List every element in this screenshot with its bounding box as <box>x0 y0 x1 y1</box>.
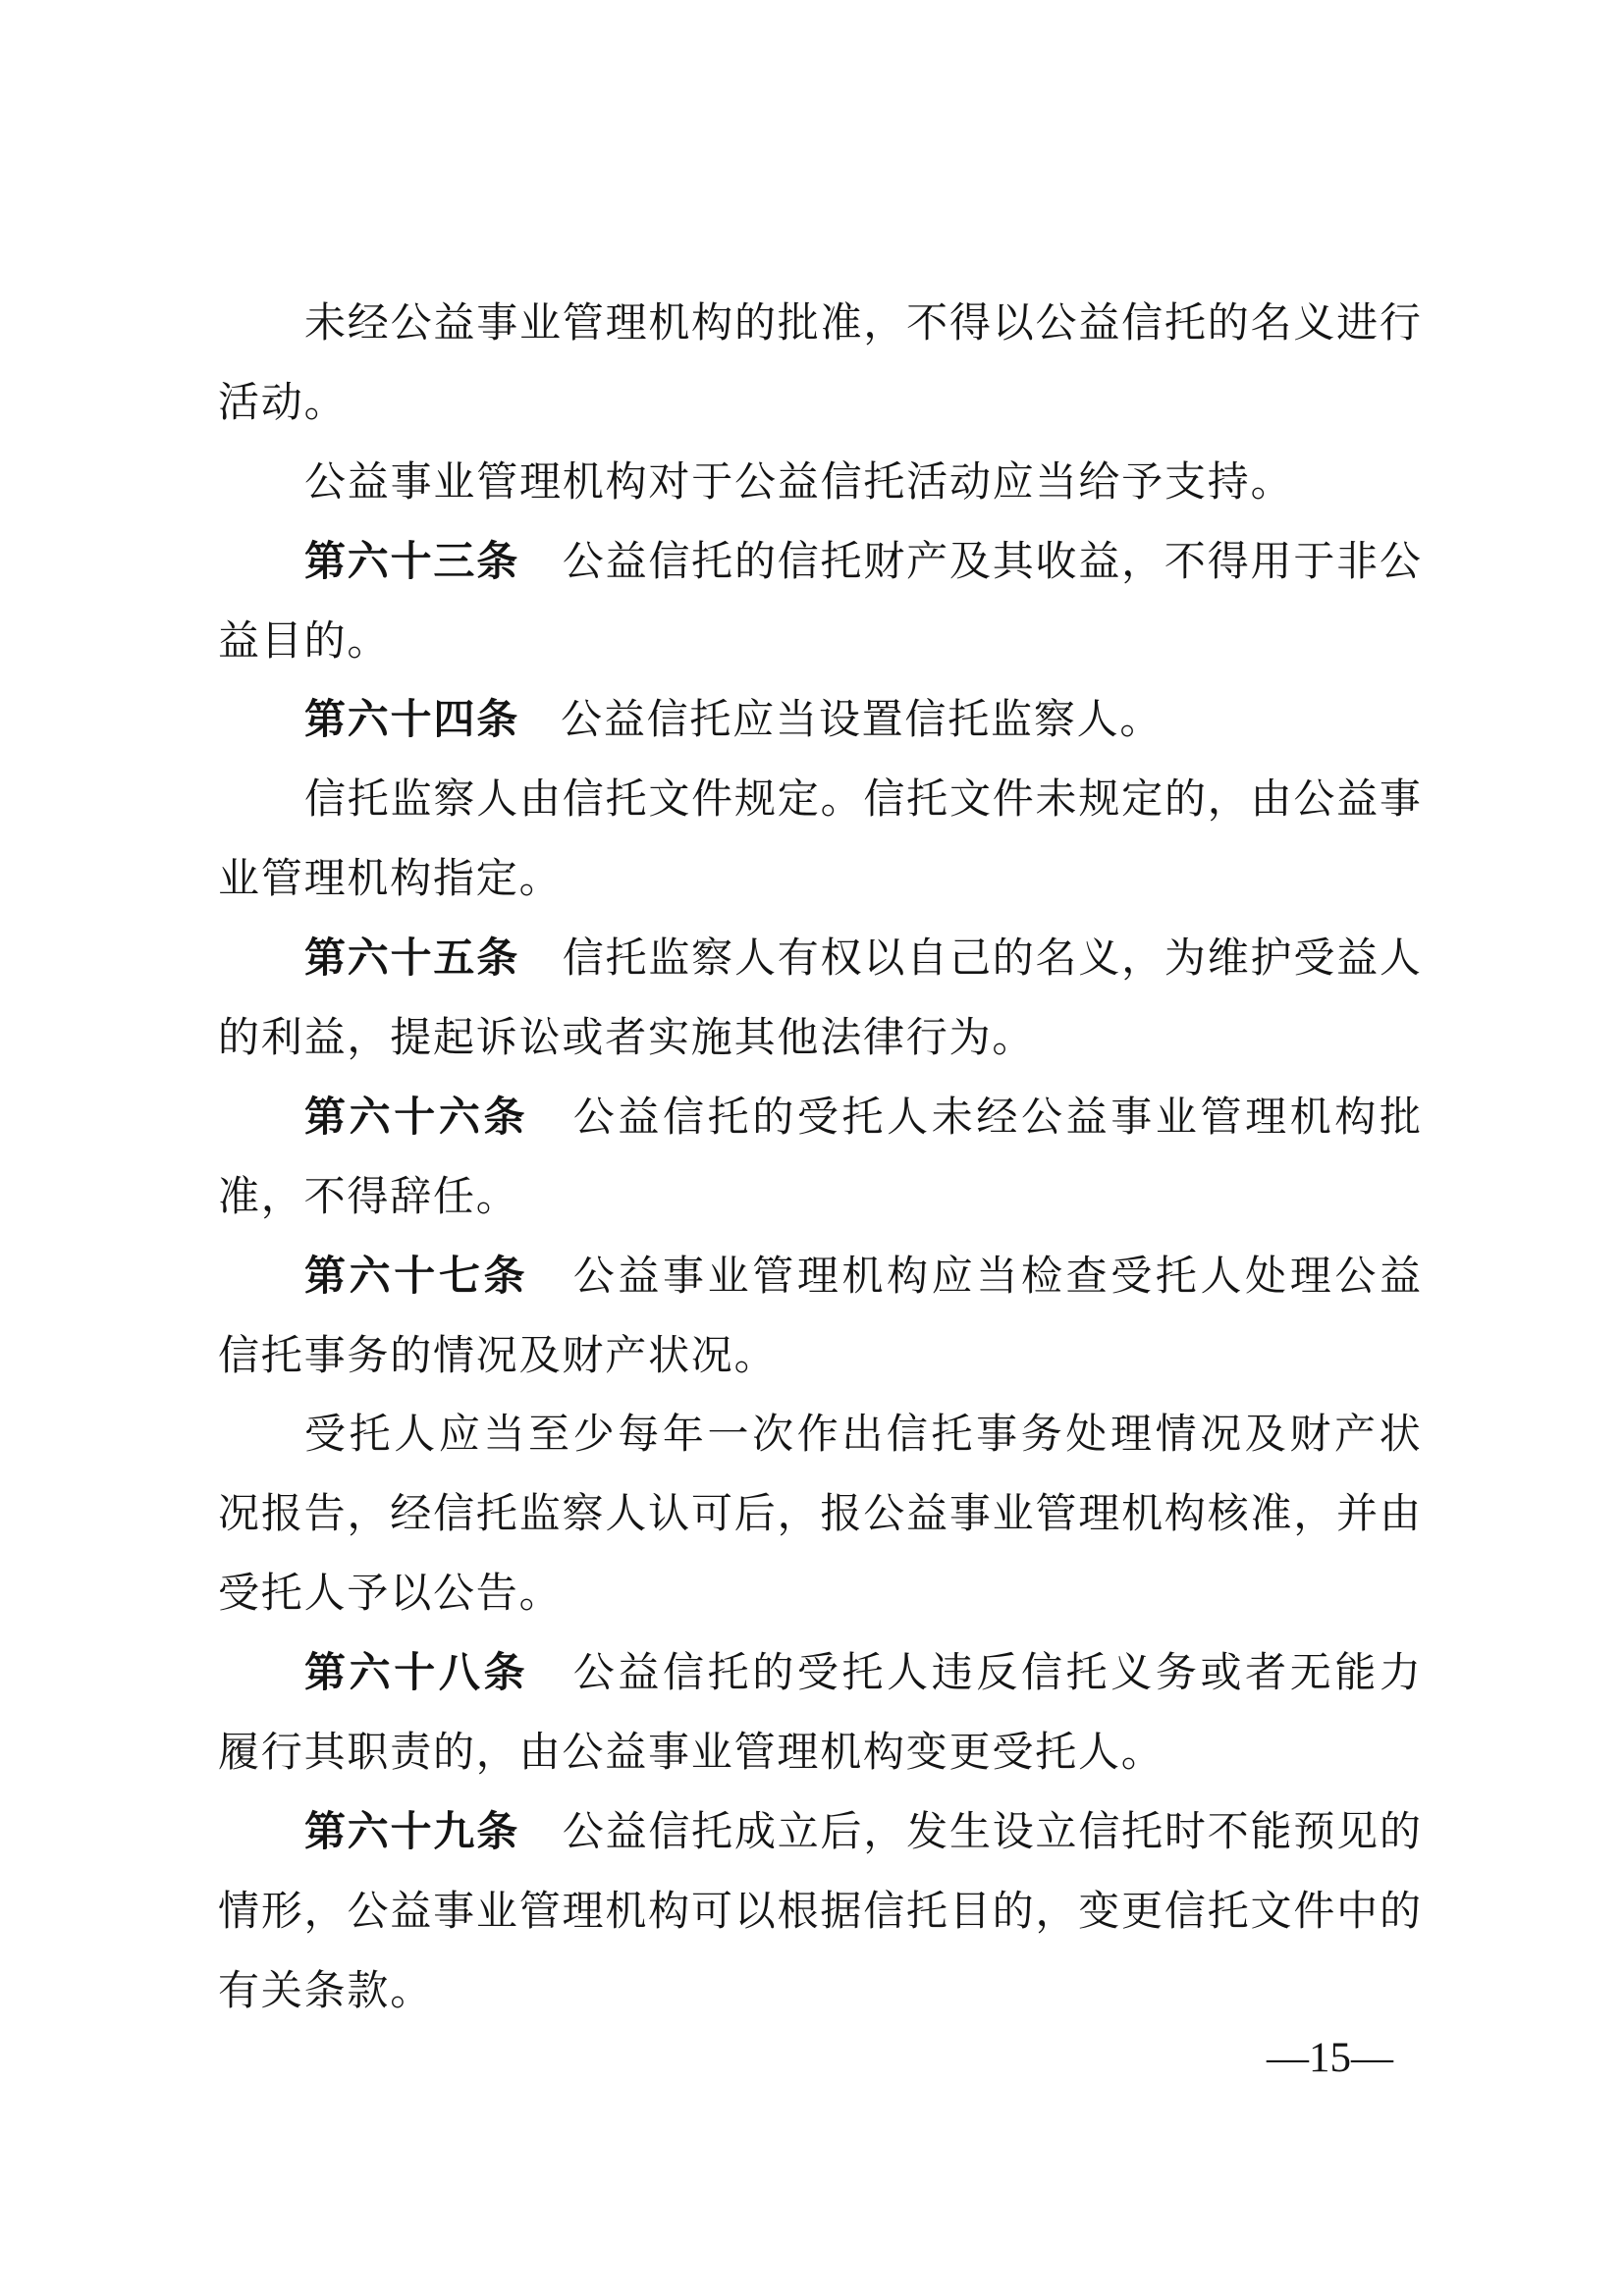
article-number-gap <box>528 1079 569 1158</box>
page-number: —15— <box>1267 2034 1393 2082</box>
text-lines: 未经公益事业管理机构的批准，不得以公益信托的名义进行活动。公益事业管理机构对于公… <box>218 285 1421 2032</box>
line-text: 业管理机构指定。 <box>218 857 562 902</box>
article-number-gap <box>519 1793 561 1873</box>
line-text: 履行其职责的，由公益事业管理机构变更受托人。 <box>218 1731 1164 1776</box>
article-number-gap <box>519 523 561 603</box>
text-line: 第六十三条公益信托的信托财产及其收益，不得用于非公 <box>218 523 1421 603</box>
text-line: 的利益，提起诉讼或者实施其他法律行为。 <box>218 999 1421 1079</box>
line-text: 准，不得辞任。 <box>218 1175 519 1220</box>
document-page: 未经公益事业管理机构的批准，不得以公益信托的名义进行活动。公益事业管理机构对于公… <box>0 0 1624 2296</box>
text-line: 况报告，经信托监察人认可后，报公益事业管理机构核准，并由 <box>218 1475 1421 1555</box>
line-text: 活动。 <box>218 381 347 426</box>
article-number-gap <box>528 1238 569 1317</box>
line-text: 信托事务的情况及财产状况。 <box>218 1334 777 1379</box>
line-text: 的利益，提起诉讼或者实施其他法律行为。 <box>218 1016 1035 1061</box>
text-line: 第六十八条公益信托的受托人违反信托义务或者无能力 <box>218 1634 1421 1714</box>
article-number-gap <box>519 920 561 999</box>
text-line: 第六十六条公益信托的受托人未经公益事业管理机构批 <box>218 1079 1421 1158</box>
text-line: 受托人予以公告。 <box>218 1555 1421 1634</box>
text-line: 信托事务的情况及财产状况。 <box>218 1317 1421 1397</box>
line-text: 公益信托应当设置信托监察人。 <box>561 698 1163 743</box>
text-line: 益目的。 <box>218 603 1421 682</box>
line-text: 受托人予以公告。 <box>218 1572 562 1617</box>
text-line: 活动。 <box>218 364 1421 444</box>
text-line: 履行其职责的，由公益事业管理机构变更受托人。 <box>218 1714 1421 1793</box>
text-line: 第六十七条公益事业管理机构应当检查受托人处理公益 <box>218 1238 1421 1317</box>
article-number: 第六十四条 <box>304 698 519 743</box>
text-line: 有关条款。 <box>218 1952 1421 2032</box>
text-line: 第六十四条公益信托应当设置信托监察人。 <box>218 681 1421 761</box>
text-line: 信托监察人由信托文件规定。信托文件未规定的，由公益事 <box>218 761 1421 840</box>
line-text: 益目的。 <box>218 619 390 665</box>
text-line: 公益事业管理机构对于公益信托活动应当给予支持。 <box>218 444 1421 523</box>
text-line: 未经公益事业管理机构的批准，不得以公益信托的名义进行 <box>218 285 1421 364</box>
text-line: 受托人应当至少每年一次作出信托事务处理情况及财产状 <box>218 1396 1421 1475</box>
article-number-gap <box>528 1634 569 1714</box>
text-line: 情形，公益事业管理机构可以根据信托目的，变更信托文件中的 <box>218 1873 1421 1952</box>
text-line: 准，不得辞任。 <box>218 1158 1421 1238</box>
text-line: 第六十九条公益信托成立后，发生设立信托时不能预见的 <box>218 1793 1421 1873</box>
line-text: 有关条款。 <box>218 1969 433 2014</box>
text-line: 第六十五条信托监察人有权以自己的名义，为维护受益人 <box>218 920 1421 999</box>
text-line: 业管理机构指定。 <box>218 840 1421 920</box>
line-text: 公益事业管理机构对于公益信托活动应当给予支持。 <box>304 460 1293 506</box>
